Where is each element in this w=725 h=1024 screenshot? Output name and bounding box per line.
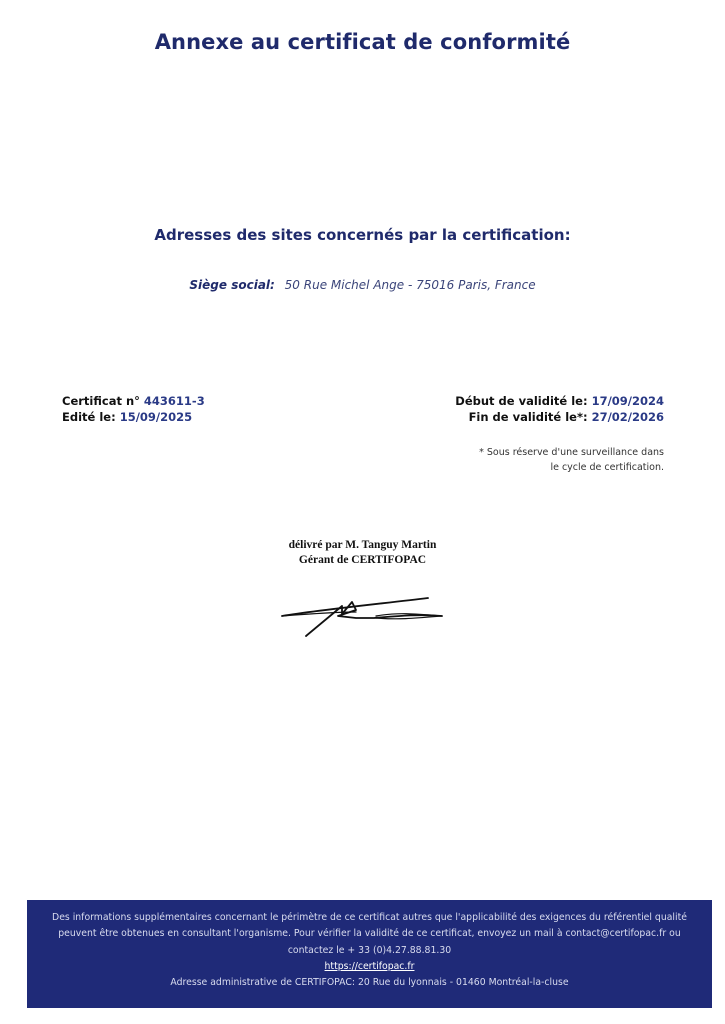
signatory-role: Gérant de CERTIFOPAC bbox=[0, 553, 725, 568]
certificate-number-label: Certificat n° bbox=[62, 394, 140, 408]
footer-phone: contactez le + 33 (0)4.27.88.81.30 bbox=[27, 943, 712, 959]
footer-website-link[interactable]: https://certifopac.fr bbox=[325, 961, 415, 972]
certificate-info-right: Début de validité le: 17/09/2024 Fin de … bbox=[455, 393, 664, 425]
site-address: 50 Rue Michel Ange - 75016 Paris, France bbox=[285, 278, 536, 292]
validity-end-date: 27/02/2026 bbox=[592, 410, 664, 424]
validity-note: * Sous réserve d'une surveillance dans l… bbox=[479, 445, 664, 475]
validity-note-line2: le cycle de certification. bbox=[479, 460, 664, 475]
certificate-info-left: Certificat n° 443611-3 Edité le: 15/09/2… bbox=[62, 393, 205, 425]
edited-date-label: Edité le: bbox=[62, 410, 116, 424]
edited-date-row: Edité le: 15/09/2025 bbox=[62, 409, 205, 425]
footer-line-2: peuvent être obtenues en consultant l'or… bbox=[27, 926, 712, 942]
site-entry: Siège social: 50 Rue Michel Ange - 75016… bbox=[0, 278, 725, 292]
signatory-block: délivré par M. Tanguy Martin Gérant de C… bbox=[0, 538, 725, 568]
site-label: Siège social: bbox=[189, 278, 274, 292]
validity-start-label: Début de validité le: bbox=[455, 394, 587, 408]
validity-start-date: 17/09/2024 bbox=[592, 394, 664, 408]
signatory-name: délivré par M. Tanguy Martin bbox=[0, 538, 725, 553]
certificate-number-row: Certificat n° 443611-3 bbox=[62, 393, 205, 409]
footer-address: Adresse administrative de CERTIFOPAC: 20… bbox=[27, 975, 712, 991]
document-title: Annexe au certificat de conformité bbox=[0, 30, 725, 54]
signature-icon bbox=[278, 592, 448, 642]
validity-end-row: Fin de validité le*: 27/02/2026 bbox=[455, 409, 664, 425]
footer-line-1: Des informations supplémentaires concern… bbox=[27, 910, 712, 926]
validity-note-line1: * Sous réserve d'une surveillance dans bbox=[479, 445, 664, 460]
footer-info-box: Des informations supplémentaires concern… bbox=[27, 900, 712, 1008]
validity-start-row: Début de validité le: 17/09/2024 bbox=[455, 393, 664, 409]
validity-end-label: Fin de validité le*: bbox=[469, 410, 588, 424]
sites-heading: Adresses des sites concernés par la cert… bbox=[0, 226, 725, 244]
certificate-number: 443611-3 bbox=[144, 394, 205, 408]
edited-date: 15/09/2025 bbox=[120, 410, 192, 424]
